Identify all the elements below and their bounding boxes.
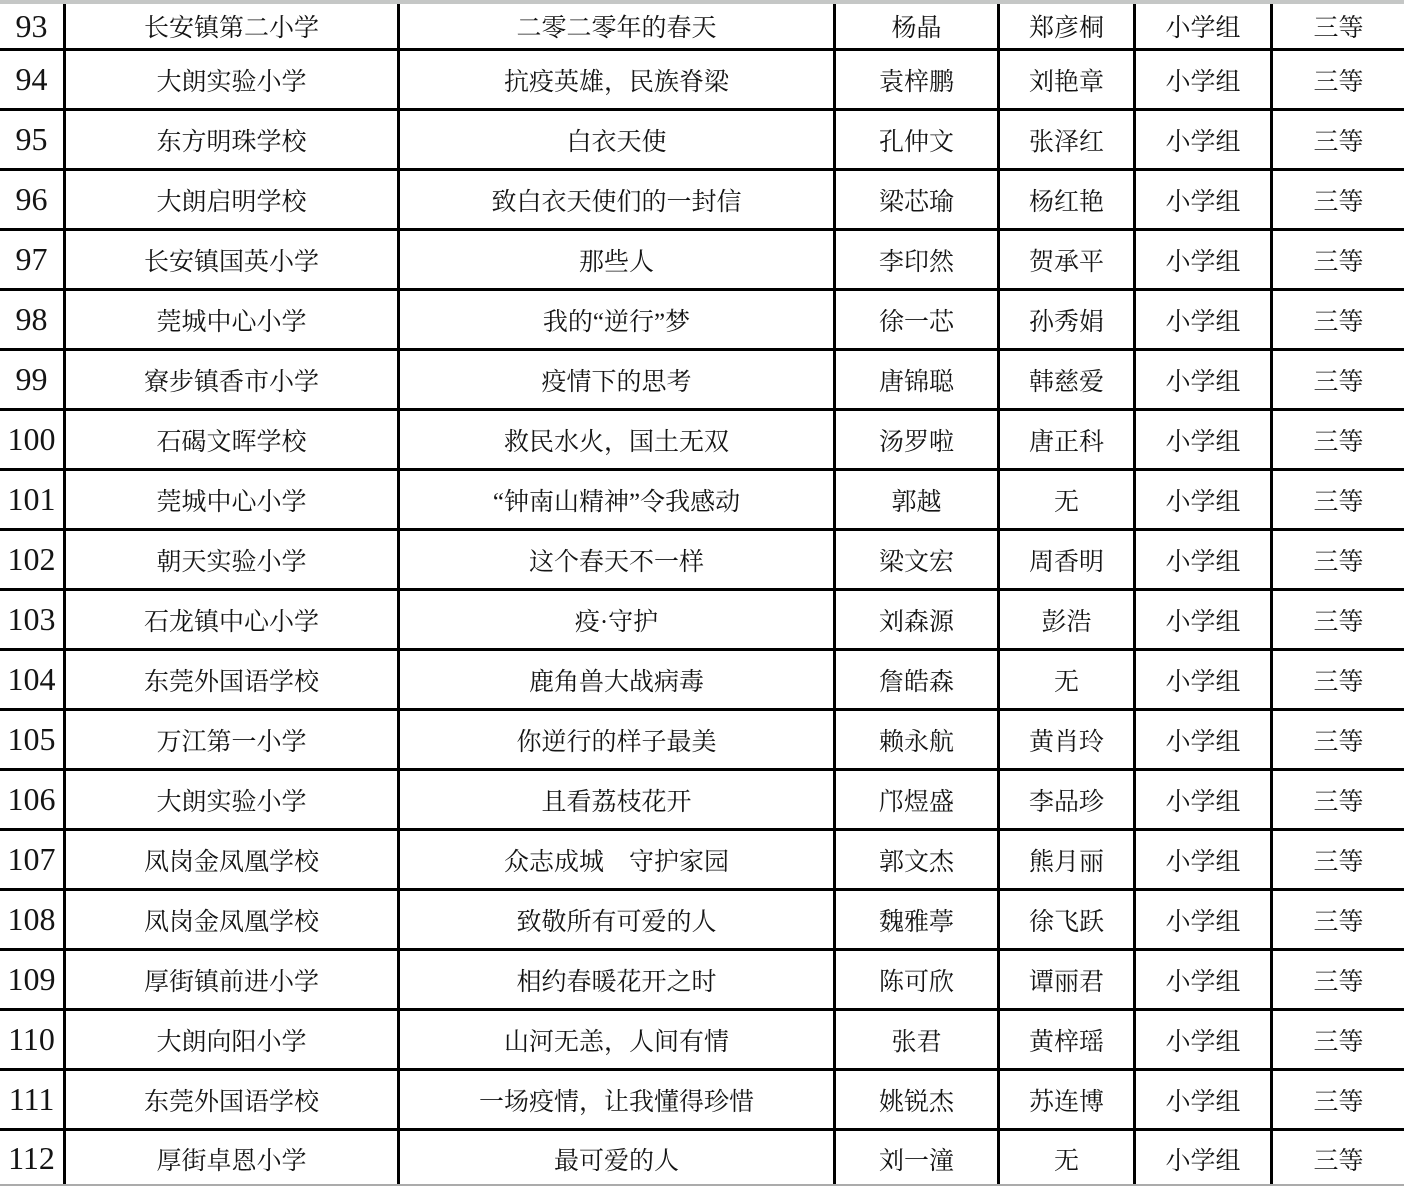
document-page: 93长安镇第二小学二零二零年的春天杨晶郑彦桐小学组三等94大朗实验小学抗疫英雄，… [0, 0, 1404, 1186]
table-row: 101莞城中心小学“钟南山精神”令我感动郭越无小学组三等 [0, 471, 1404, 531]
cell-award: 三等 [1273, 1011, 1404, 1068]
cell-title: 那些人 [400, 231, 836, 288]
cell-author: 郭越 [836, 471, 1000, 528]
cell-number: 103 [0, 591, 66, 648]
cell-group: 小学组 [1136, 951, 1273, 1008]
cell-group: 小学组 [1136, 411, 1273, 468]
cell-instructor: 熊月丽 [1000, 831, 1136, 888]
cell-title: 抗疫英雄，民族脊梁 [400, 51, 836, 108]
table-row: 93长安镇第二小学二零二零年的春天杨晶郑彦桐小学组三等 [0, 4, 1404, 51]
cell-instructor: 彭浩 [1000, 591, 1136, 648]
cell-author: 刘森源 [836, 591, 1000, 648]
cell-school: 厚街镇前进小学 [66, 951, 400, 1008]
cell-school: 凤岗金凤凰学校 [66, 891, 400, 948]
cell-title: 山河无恙，人间有情 [400, 1011, 836, 1068]
cell-number: 98 [0, 291, 66, 348]
cell-instructor: 郑彦桐 [1000, 4, 1136, 48]
cell-award: 三等 [1273, 711, 1404, 768]
cell-author: 张君 [836, 1011, 1000, 1068]
cell-instructor: 李品珍 [1000, 771, 1136, 828]
cell-award: 三等 [1273, 4, 1404, 48]
cell-instructor: 徐飞跃 [1000, 891, 1136, 948]
cell-instructor: 无 [1000, 471, 1136, 528]
cell-author: 姚锐杰 [836, 1071, 1000, 1128]
cell-author: 邝煜盛 [836, 771, 1000, 828]
cell-number: 95 [0, 111, 66, 168]
table-row: 103石龙镇中心小学疫·守护刘森源彭浩小学组三等 [0, 591, 1404, 651]
cell-group: 小学组 [1136, 171, 1273, 228]
cell-award: 三等 [1273, 651, 1404, 708]
cell-title: 致敬所有可爱的人 [400, 891, 836, 948]
table-row: 96大朗启明学校致白衣天使们的一封信梁芯瑜杨红艳小学组三等 [0, 171, 1404, 231]
cell-school: 东莞外国语学校 [66, 651, 400, 708]
cell-number: 109 [0, 951, 66, 1008]
cell-instructor: 唐正科 [1000, 411, 1136, 468]
cell-number: 104 [0, 651, 66, 708]
cell-award: 三等 [1273, 411, 1404, 468]
cell-award: 三等 [1273, 291, 1404, 348]
cell-instructor: 无 [1000, 651, 1136, 708]
cell-author: 徐一芯 [836, 291, 1000, 348]
cell-number: 100 [0, 411, 66, 468]
cell-school: 莞城中心小学 [66, 291, 400, 348]
table-row: 111东莞外国语学校一场疫情，让我懂得珍惜姚锐杰苏连博小学组三等 [0, 1071, 1404, 1131]
cell-author: 陈可欣 [836, 951, 1000, 1008]
cell-title: 致白衣天使们的一封信 [400, 171, 836, 228]
cell-number: 93 [0, 4, 66, 48]
cell-number: 102 [0, 531, 66, 588]
cell-instructor: 黄梓瑶 [1000, 1011, 1136, 1068]
cell-group: 小学组 [1136, 291, 1273, 348]
table-row: 104东莞外国语学校鹿角兽大战病毒詹皓森无小学组三等 [0, 651, 1404, 711]
cell-title: 且看荔枝花开 [400, 771, 836, 828]
cell-award: 三等 [1273, 471, 1404, 528]
cell-instructor: 孙秀娟 [1000, 291, 1136, 348]
cell-group: 小学组 [1136, 651, 1273, 708]
cell-instructor: 无 [1000, 1131, 1136, 1186]
cell-award: 三等 [1273, 891, 1404, 948]
cell-instructor: 张泽红 [1000, 111, 1136, 168]
cell-instructor: 韩慈爱 [1000, 351, 1136, 408]
cell-group: 小学组 [1136, 231, 1273, 288]
cell-title: 白衣天使 [400, 111, 836, 168]
cell-school: 长安镇国英小学 [66, 231, 400, 288]
cell-group: 小学组 [1136, 771, 1273, 828]
table-row: 108凤岗金凤凰学校致敬所有可爱的人魏雅葶徐飞跃小学组三等 [0, 891, 1404, 951]
cell-award: 三等 [1273, 231, 1404, 288]
table-row: 97长安镇国英小学那些人李印然贺承平小学组三等 [0, 231, 1404, 291]
cell-title: 你逆行的样子最美 [400, 711, 836, 768]
table-row: 106大朗实验小学且看荔枝花开邝煜盛李品珍小学组三等 [0, 771, 1404, 831]
cell-award: 三等 [1273, 171, 1404, 228]
cell-school: 大朗启明学校 [66, 171, 400, 228]
cell-number: 107 [0, 831, 66, 888]
cell-school: 万江第一小学 [66, 711, 400, 768]
cell-instructor: 杨红艳 [1000, 171, 1136, 228]
award-table: 93长安镇第二小学二零二零年的春天杨晶郑彦桐小学组三等94大朗实验小学抗疫英雄，… [0, 4, 1404, 1186]
cell-number: 110 [0, 1011, 66, 1068]
cell-school: 大朗实验小学 [66, 51, 400, 108]
cell-award: 三等 [1273, 1131, 1404, 1186]
cell-school: 莞城中心小学 [66, 471, 400, 528]
cell-title: “钟南山精神”令我感动 [400, 471, 836, 528]
cell-school: 长安镇第二小学 [66, 4, 400, 48]
table-row: 110大朗向阳小学山河无恙，人间有情张君黄梓瑶小学组三等 [0, 1011, 1404, 1071]
cell-group: 小学组 [1136, 471, 1273, 528]
cell-award: 三等 [1273, 1071, 1404, 1128]
table-row: 109厚街镇前进小学相约春暖花开之时陈可欣谭丽君小学组三等 [0, 951, 1404, 1011]
cell-title: 鹿角兽大战病毒 [400, 651, 836, 708]
cell-school: 大朗向阳小学 [66, 1011, 400, 1068]
cell-group: 小学组 [1136, 111, 1273, 168]
cell-award: 三等 [1273, 951, 1404, 1008]
cell-award: 三等 [1273, 531, 1404, 588]
cell-author: 赖永航 [836, 711, 1000, 768]
cell-title: 众志成城 守护家园 [400, 831, 836, 888]
cell-instructor: 苏连博 [1000, 1071, 1136, 1128]
cell-number: 112 [0, 1131, 66, 1186]
cell-award: 三等 [1273, 831, 1404, 888]
cell-group: 小学组 [1136, 891, 1273, 948]
table-row: 94大朗实验小学抗疫英雄，民族脊梁袁梓鹏刘艳章小学组三等 [0, 51, 1404, 111]
cell-title: 相约春暖花开之时 [400, 951, 836, 1008]
cell-instructor: 贺承平 [1000, 231, 1136, 288]
cell-title: 疫·守护 [400, 591, 836, 648]
cell-title: 救民水火，国土无双 [400, 411, 836, 468]
cell-author: 梁文宏 [836, 531, 1000, 588]
cell-author: 郭文杰 [836, 831, 1000, 888]
cell-school: 石碣文晖学校 [66, 411, 400, 468]
cell-school: 石龙镇中心小学 [66, 591, 400, 648]
cell-group: 小学组 [1136, 591, 1273, 648]
cell-number: 108 [0, 891, 66, 948]
cell-number: 111 [0, 1071, 66, 1128]
table-row: 105万江第一小学你逆行的样子最美赖永航黄肖玲小学组三等 [0, 711, 1404, 771]
table-row: 102朝天实验小学这个春天不一样梁文宏周香明小学组三等 [0, 531, 1404, 591]
table-row: 100石碣文晖学校救民水火，国土无双汤罗啦唐正科小学组三等 [0, 411, 1404, 471]
cell-school: 东莞外国语学校 [66, 1071, 400, 1128]
cell-school: 东方明珠学校 [66, 111, 400, 168]
cell-award: 三等 [1273, 51, 1404, 108]
cell-number: 101 [0, 471, 66, 528]
cell-title: 最可爱的人 [400, 1131, 836, 1186]
cell-number: 94 [0, 51, 66, 108]
cell-author: 汤罗啦 [836, 411, 1000, 468]
cell-school: 朝天实验小学 [66, 531, 400, 588]
cell-group: 小学组 [1136, 351, 1273, 408]
cell-author: 孔仲文 [836, 111, 1000, 168]
cell-number: 105 [0, 711, 66, 768]
cell-group: 小学组 [1136, 51, 1273, 108]
cell-award: 三等 [1273, 111, 1404, 168]
cell-instructor: 黄肖玲 [1000, 711, 1136, 768]
cell-school: 大朗实验小学 [66, 771, 400, 828]
cell-instructor: 谭丽君 [1000, 951, 1136, 1008]
table-row: 95东方明珠学校白衣天使孔仲文张泽红小学组三等 [0, 111, 1404, 171]
cell-school: 厚街卓恩小学 [66, 1131, 400, 1186]
cell-group: 小学组 [1136, 831, 1273, 888]
cell-group: 小学组 [1136, 531, 1273, 588]
cell-group: 小学组 [1136, 711, 1273, 768]
cell-award: 三等 [1273, 591, 1404, 648]
cell-number: 97 [0, 231, 66, 288]
table-row: 98莞城中心小学我的“逆行”梦徐一芯孙秀娟小学组三等 [0, 291, 1404, 351]
cell-group: 小学组 [1136, 1131, 1273, 1186]
cell-school: 凤岗金凤凰学校 [66, 831, 400, 888]
table-row: 99寮步镇香市小学疫情下的思考唐锦聪韩慈爱小学组三等 [0, 351, 1404, 411]
cell-group: 小学组 [1136, 1011, 1273, 1068]
cell-instructor: 周香明 [1000, 531, 1136, 588]
table-row: 112厚街卓恩小学最可爱的人刘一潼无小学组三等 [0, 1131, 1404, 1186]
cell-author: 刘一潼 [836, 1131, 1000, 1186]
cell-author: 杨晶 [836, 4, 1000, 48]
cell-author: 魏雅葶 [836, 891, 1000, 948]
cell-group: 小学组 [1136, 1071, 1273, 1128]
cell-title: 我的“逆行”梦 [400, 291, 836, 348]
cell-author: 李印然 [836, 231, 1000, 288]
cell-title: 这个春天不一样 [400, 531, 836, 588]
cell-instructor: 刘艳章 [1000, 51, 1136, 108]
cell-title: 疫情下的思考 [400, 351, 836, 408]
cell-author: 詹皓森 [836, 651, 1000, 708]
cell-number: 106 [0, 771, 66, 828]
cell-number: 99 [0, 351, 66, 408]
cell-number: 96 [0, 171, 66, 228]
cell-school: 寮步镇香市小学 [66, 351, 400, 408]
cell-author: 袁梓鹏 [836, 51, 1000, 108]
cell-title: 二零二零年的春天 [400, 4, 836, 48]
table-row: 107凤岗金凤凰学校众志成城 守护家园郭文杰熊月丽小学组三等 [0, 831, 1404, 891]
cell-award: 三等 [1273, 351, 1404, 408]
cell-title: 一场疫情，让我懂得珍惜 [400, 1071, 836, 1128]
cell-group: 小学组 [1136, 4, 1273, 48]
cell-award: 三等 [1273, 771, 1404, 828]
cell-author: 唐锦聪 [836, 351, 1000, 408]
cell-author: 梁芯瑜 [836, 171, 1000, 228]
